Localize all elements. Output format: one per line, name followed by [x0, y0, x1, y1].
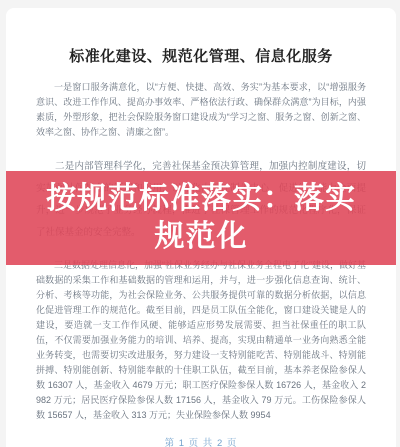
article-paragraph-3: 三是数据处理信息化，加强“社保业务经办与社保业务全程电子化”建设，做好基础数据的…: [36, 258, 366, 423]
pagination-label: 第 1 页 共 2 页: [36, 435, 366, 447]
overlay-title-line-2: 规范化: [155, 218, 248, 256]
page-background: { "article": { "title": "标准化建设、规范化管理、信息化…: [0, 0, 400, 447]
page-title: 标准化建设、规范化管理、信息化服务: [36, 48, 366, 66]
overlay-banner: 按规范标准落实：落实 规范化: [6, 171, 396, 265]
article-paragraph-1: 一是窗口服务满意化，以“方便、快捷、高效、务实”为基本要求，以“增强服务意识、改…: [36, 80, 366, 140]
article-page-card: 标准化建设、规范化管理、信息化服务 一是窗口服务满意化，以“方便、快捷、高效、务…: [6, 8, 396, 447]
overlay-title-line-1: 按规范标准落实：落实: [46, 180, 356, 218]
